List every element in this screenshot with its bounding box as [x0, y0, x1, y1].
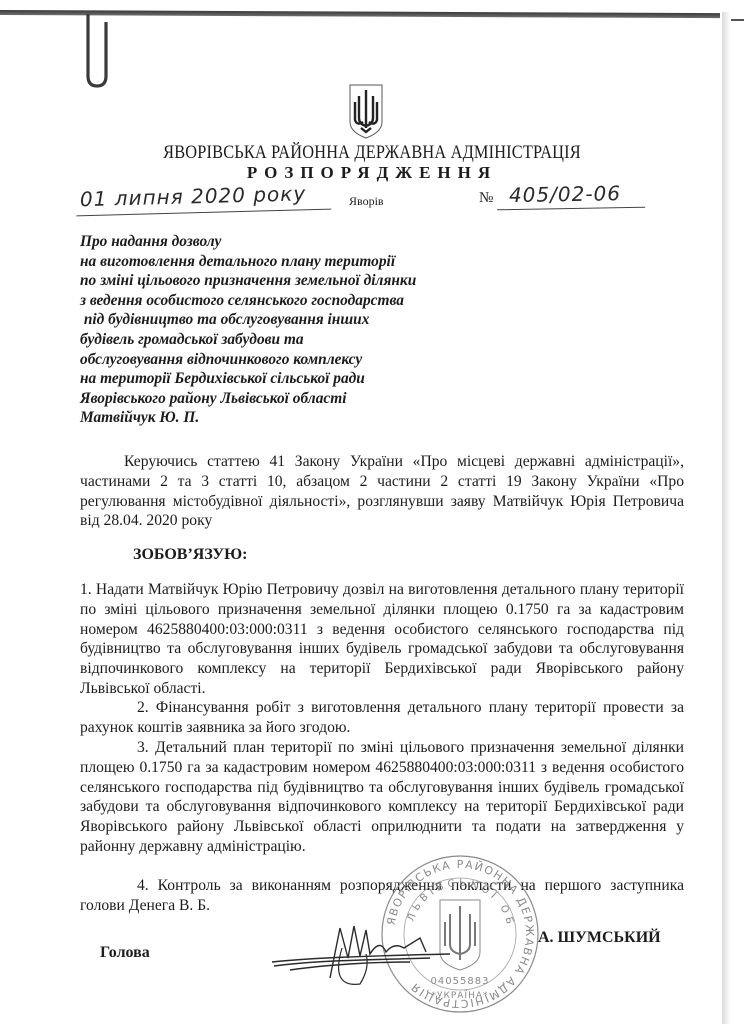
- subject-line: під будівництво та обслуговування інших: [80, 310, 500, 330]
- city-label: Яворів: [349, 194, 384, 209]
- date-field: 01 липня 2020 року: [76, 183, 332, 217]
- subject-line: Яворівського району Львівської області: [80, 389, 500, 409]
- item-3: 3. Детальний план території по зміні ціл…: [80, 738, 684, 857]
- subject-line: на виготовлення детального плану територ…: [80, 252, 500, 272]
- svg-text:*УКРАЇНА*: *УКРАЇНА*: [431, 990, 488, 1001]
- subject-block: Про надання дозволу на виготовлення дета…: [80, 232, 500, 428]
- subject-line: Про надання дозволу: [80, 232, 500, 252]
- signature-scribble-icon: [270, 918, 470, 988]
- trident-emblem-icon: [347, 82, 385, 140]
- subject-line: обслуговування відпочинкового комплексу: [80, 350, 500, 370]
- item-2: 2. Фінансування робіт з виготовлення дет…: [80, 698, 684, 738]
- intro-paragraph: Керуючись статтею 41 Закону України «Про…: [80, 452, 684, 531]
- signature-title: Голова: [100, 944, 150, 962]
- subject-line: на території Бердихівської сільської рад…: [80, 369, 500, 389]
- subject-line: Матвійчук Ю. П.: [80, 408, 500, 428]
- number-handwritten: 405/02-06: [509, 181, 621, 207]
- resolution-heading: ЗОБОВ’ЯЗУЮ:: [133, 546, 248, 564]
- signer-name: А. ШУМСЬКИЙ: [538, 929, 661, 947]
- subject-line: по зміні цільового призначення земельної…: [80, 271, 500, 291]
- date-handwritten: 01 липня 2020 року: [80, 181, 307, 211]
- subject-line: будівель громадської забудови та: [80, 330, 500, 350]
- paper-clip-icon: [84, 8, 110, 88]
- item-1: 1. Надати Матвійчук Юрію Петровичу дозві…: [80, 580, 684, 699]
- organization-title: ЯВОРІВСЬКА РАЙОННА ДЕРЖАВНА АДМІНІСТРАЦІ…: [52, 142, 692, 164]
- number-sign: №: [479, 190, 493, 207]
- number-field: 405/02-06: [497, 183, 645, 211]
- document-type: РОЗПОРЯДЖЕННЯ: [0, 163, 744, 183]
- subject-line: з ведення особистого селянського господа…: [80, 291, 500, 311]
